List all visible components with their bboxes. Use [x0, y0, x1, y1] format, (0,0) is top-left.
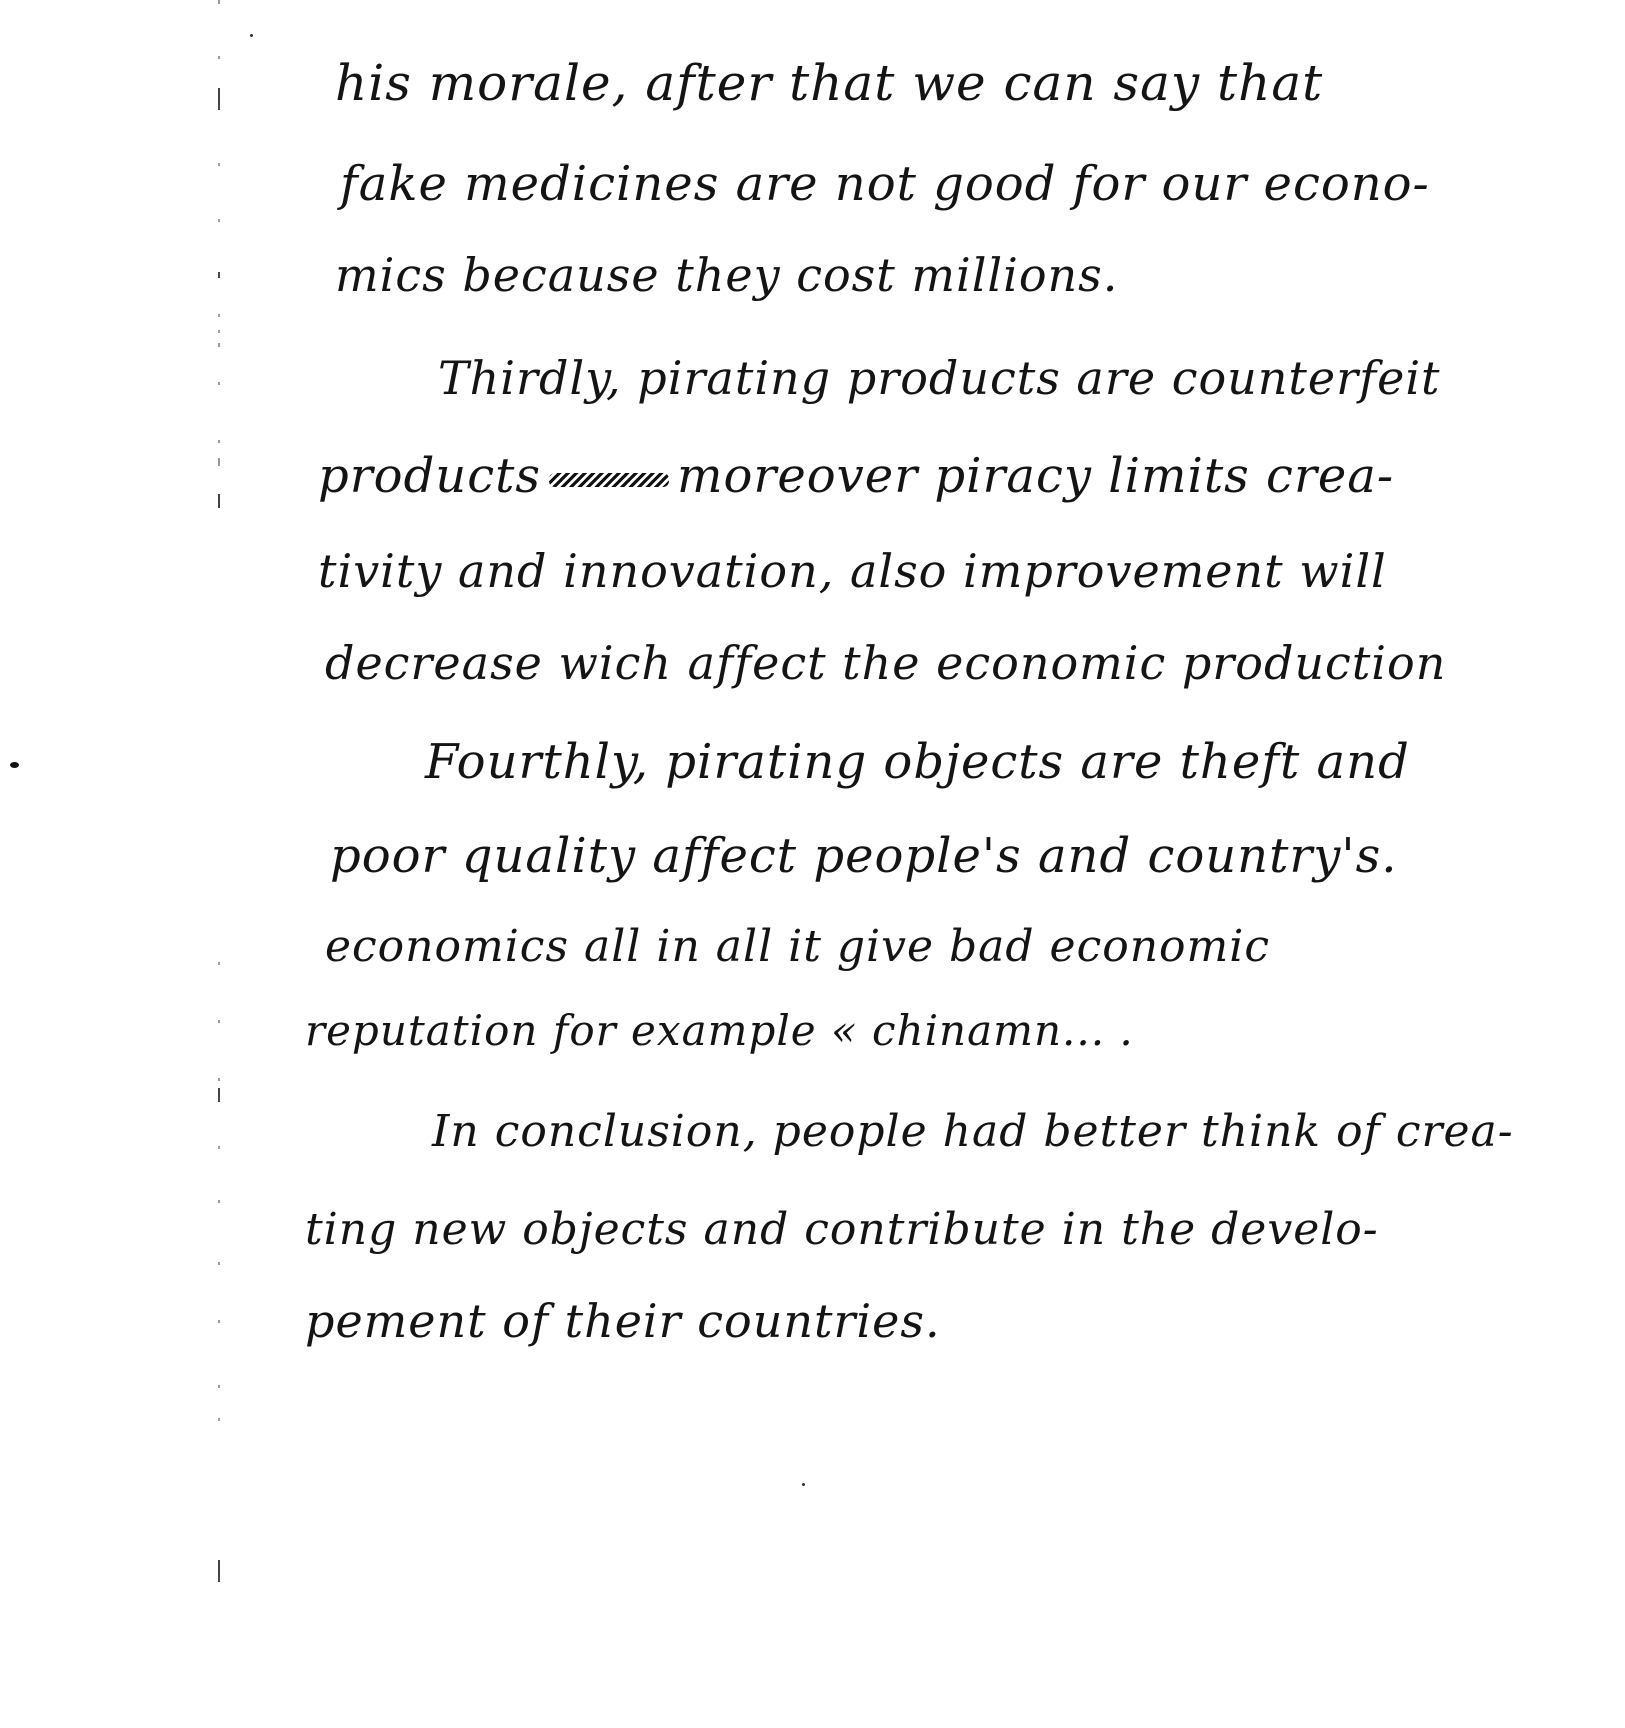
margin-speck [218, 1320, 220, 1323]
margin-speck [218, 163, 220, 166]
margin-speck [218, 440, 220, 443]
margin-speck [218, 458, 220, 466]
margin-speck [218, 1088, 220, 1102]
crossed-out-word [549, 473, 669, 487]
margin-speck [218, 343, 220, 347]
essay-line: economics all in all it give bad economi… [325, 925, 1270, 969]
essay-line: In conclusion, people had better think o… [432, 1110, 1514, 1154]
margin-speck [218, 330, 220, 333]
margin-speck [218, 1262, 220, 1265]
ink-dot [250, 34, 253, 37]
essay-line: pement of their countries. [305, 1298, 941, 1344]
margin-speck [218, 56, 220, 59]
ink-dot [10, 762, 19, 768]
margin-speck [218, 88, 220, 110]
margin-speck [218, 0, 220, 4]
ink-dot [802, 1483, 805, 1486]
essay-line: productsmoreover piracy limits crea- [318, 452, 1394, 500]
margin-speck [218, 1078, 220, 1081]
essay-line: reputation for example « chinamn... . [305, 1010, 1134, 1052]
essay-line: decrease wich affect the economic produc… [325, 640, 1446, 686]
margin-speck [218, 1385, 220, 1388]
margin-speck [218, 1146, 220, 1149]
essay-line: his morale, after that we can say that [335, 58, 1323, 108]
essay-line: Fourthly, pirating objects are theft and [425, 738, 1410, 786]
margin-speck [218, 494, 220, 508]
margin-speck [218, 1200, 220, 1203]
essay-line: mics because they cost millions. [335, 252, 1118, 298]
essay-line: ting new objects and contribute in the d… [305, 1208, 1379, 1252]
margin-speck [218, 382, 220, 385]
essay-line: Thirdly, pirating products are counterfe… [438, 355, 1441, 401]
margin-speck [218, 219, 220, 222]
essay-line: tivity and innovation, also improvement … [318, 548, 1387, 594]
essay-line: poor quality affect people's and country… [330, 832, 1398, 880]
margin-speck [218, 1418, 220, 1421]
margin-speck [218, 1560, 220, 1582]
essay-line: fake medicines are not good for our econ… [340, 160, 1430, 208]
margin-speck [218, 1020, 220, 1023]
essay-word: moreover piracy limits crea- [677, 448, 1394, 504]
margin-speck [218, 962, 220, 965]
scanned-page: his morale, after that we can say that f… [0, 0, 1625, 1728]
essay-word: products [318, 448, 541, 504]
margin-speck [218, 314, 220, 317]
margin-speck [218, 272, 220, 278]
